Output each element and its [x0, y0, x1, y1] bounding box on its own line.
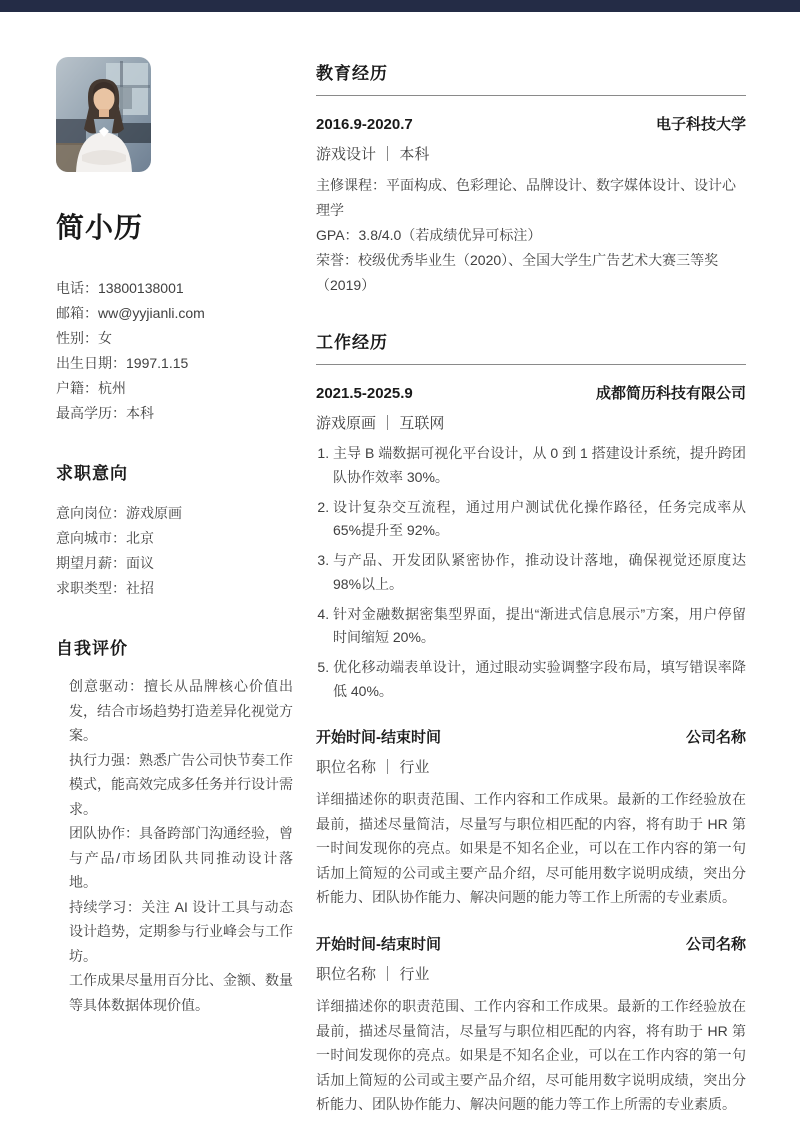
section-title-job-intention: 求职意向: [56, 459, 293, 484]
sidebar: 简小历 电话：13800138001 邮箱：ww@yyjianli.com 性别…: [56, 12, 293, 1117]
education-entry-header: 2016.9-2020.7 电子科技大学: [316, 113, 746, 134]
work-company: 成都简历科技有限公司: [596, 382, 746, 403]
education-period: 2016.9-2020.7: [316, 116, 413, 133]
contact-label: 最高学历：: [56, 405, 126, 421]
job-intention-list: 意向岗位：游戏原画 意向城市：北京 期望月薪：面议 求职类型：社招: [56, 501, 293, 601]
work-period: 2021.5-2025.9: [316, 385, 413, 402]
contact-value: 杭州: [98, 380, 126, 396]
section-title-education: 教育经历: [316, 59, 746, 96]
main-column: 教育经历 2016.9-2020.7 电子科技大学 游戏设计 ｜ 本科 主修课程…: [316, 12, 746, 1117]
work-bullet: 设计复杂交互流程，通过用户测试优化操作路径，任务完成率从 65%提升至 92%。: [333, 496, 746, 543]
candidate-name: 简小历: [56, 206, 293, 246]
work-bullet: 优化移动端表单设计，通过眼动实验调整字段布局，填写错误率降低 40%。: [333, 656, 746, 703]
resume-page: 简小历 电话：13800138001 邮箱：ww@yyjianli.com 性别…: [0, 12, 800, 1117]
education-school: 电子科技大学: [656, 113, 746, 134]
section-title-self-evaluation: 自我评价: [56, 634, 293, 659]
work-company: 公司名称: [686, 933, 746, 954]
work-description: 详细描述你的职责范围、工作内容和工作成果。最新的工作经验放在最前，描述尽量简洁，…: [316, 787, 746, 910]
contact-value: ww@yyjianli.com: [98, 305, 205, 321]
work-bullet: 与产品、开发团队紧密协作，推动设计落地，确保视觉还原度达 98%以上。: [333, 549, 746, 596]
contact-label: 性别：: [56, 330, 98, 346]
self-evaluation-item: 团队协作：具备跨部门沟通经验，曾与产品/市场团队共同推动设计落地。: [69, 821, 293, 895]
work-period: 开始时间-结束时间: [316, 933, 441, 954]
self-evaluation-item: 执行力强：熟悉广告公司快节奏工作模式，能高效完成多任务并行设计需求。: [69, 748, 293, 822]
work-company: 公司名称: [686, 726, 746, 747]
work-bullet: 针对金融数据密集型界面，提出“渐进式信息展示”方案，用户停留时间缩短 20%。: [333, 603, 746, 650]
intention-row-salary: 期望月薪：面议: [56, 551, 293, 576]
work-entry-header: 开始时间-结束时间 公司名称: [316, 933, 746, 954]
section-work: 工作经历 2021.5-2025.9 成都简历科技有限公司 游戏原画 ｜ 互联网…: [316, 328, 746, 1117]
top-accent-bar: [0, 0, 800, 12]
contact-label: 出生日期：: [56, 355, 126, 371]
intention-value: 游戏原画: [126, 505, 182, 521]
intention-label: 求职类型：: [56, 580, 126, 596]
work-entry: 开始时间-结束时间 公司名称 职位名称 ｜ 行业 详细描述你的职责范围、工作内容…: [316, 726, 746, 910]
education-subtitle: 游戏设计 ｜ 本科: [316, 143, 746, 164]
profile-photo: [56, 57, 151, 172]
contact-list: 电话：13800138001 邮箱：ww@yyjianli.com 性别：女 出…: [56, 276, 293, 426]
education-detail-courses: 主修课程：平面构成、色彩理论、品牌设计、数字媒体设计、设计心理学: [316, 173, 746, 223]
intention-label: 期望月薪：: [56, 555, 126, 571]
intention-value: 面议: [126, 555, 154, 571]
intention-row-type: 求职类型：社招: [56, 576, 293, 601]
contact-label: 电话：: [56, 280, 98, 296]
education-detail-gpa: GPA：3.8/4.0（若成绩优异可标注）: [316, 223, 746, 248]
self-evaluation-item: 持续学习：关注 AI 设计工具与动态设计趋势，定期参与行业峰会与工作坊。: [69, 895, 293, 969]
education-details: 主修课程：平面构成、色彩理论、品牌设计、数字媒体设计、设计心理学 GPA：3.8…: [316, 173, 746, 298]
contact-row-birthdate: 出生日期：1997.1.15: [56, 351, 293, 376]
contact-label: 邮箱：: [56, 305, 98, 321]
section-education: 教育经历 2016.9-2020.7 电子科技大学 游戏设计 ｜ 本科 主修课程…: [316, 59, 746, 298]
contact-row-education-level: 最高学历：本科: [56, 401, 293, 426]
contact-row-residence: 户籍：杭州: [56, 376, 293, 401]
work-description: 详细描述你的职责范围、工作内容和工作成果。最新的工作经验放在最前，描述尽量简洁，…: [316, 994, 746, 1117]
section-title-work: 工作经历: [316, 328, 746, 365]
work-entry-header: 2021.5-2025.9 成都简历科技有限公司: [316, 382, 746, 403]
contact-value: 13800138001: [98, 280, 184, 296]
intention-row-city: 意向城市：北京: [56, 526, 293, 551]
portrait-photo-illustration: [56, 57, 151, 172]
work-subtitle: 游戏原画 ｜ 互联网: [316, 412, 746, 433]
work-entry: 2021.5-2025.9 成都简历科技有限公司 游戏原画 ｜ 互联网 主导 B…: [316, 382, 746, 703]
work-entry-header: 开始时间-结束时间 公司名称: [316, 726, 746, 747]
work-bullet-list: 主导 B 端数据可视化平台设计，从 0 到 1 搭建设计系统，提升跨团队协作效率…: [316, 442, 746, 703]
intention-label: 意向岗位：: [56, 505, 126, 521]
work-period: 开始时间-结束时间: [316, 726, 441, 747]
self-evaluation-list: 创意驱动：擅长从品牌核心价值出发，结合市场趋势打造差异化视觉方案。 执行力强：熟…: [56, 674, 293, 1017]
contact-row-gender: 性别：女: [56, 326, 293, 351]
intention-label: 意向城市：: [56, 530, 126, 546]
self-evaluation-item: 创意驱动：擅长从品牌核心价值出发，结合市场趋势打造差异化视觉方案。: [69, 674, 293, 748]
contact-label: 户籍：: [56, 380, 98, 396]
intention-value: 北京: [126, 530, 154, 546]
contact-value: 1997.1.15: [126, 355, 188, 371]
work-subtitle: 职位名称 ｜ 行业: [316, 756, 746, 777]
work-bullet: 主导 B 端数据可视化平台设计，从 0 到 1 搭建设计系统，提升跨团队协作效率…: [333, 442, 746, 489]
contact-value: 本科: [126, 405, 154, 421]
education-detail-honors: 荣誉：校级优秀毕业生（2020）、全国大学生广告艺术大赛三等奖（2019）: [316, 248, 746, 298]
work-entry: 开始时间-结束时间 公司名称 职位名称 ｜ 行业 详细描述你的职责范围、工作内容…: [316, 933, 746, 1117]
intention-row-position: 意向岗位：游戏原画: [56, 501, 293, 526]
work-subtitle: 职位名称 ｜ 行业: [316, 963, 746, 984]
contact-row-email: 邮箱：ww@yyjianli.com: [56, 301, 293, 326]
contact-row-phone: 电话：13800138001: [56, 276, 293, 301]
self-evaluation-item: 工作成果尽量用百分比、金额、数量等具体数据体现价值。: [69, 968, 293, 1017]
intention-value: 社招: [126, 580, 154, 596]
contact-value: 女: [98, 330, 112, 346]
